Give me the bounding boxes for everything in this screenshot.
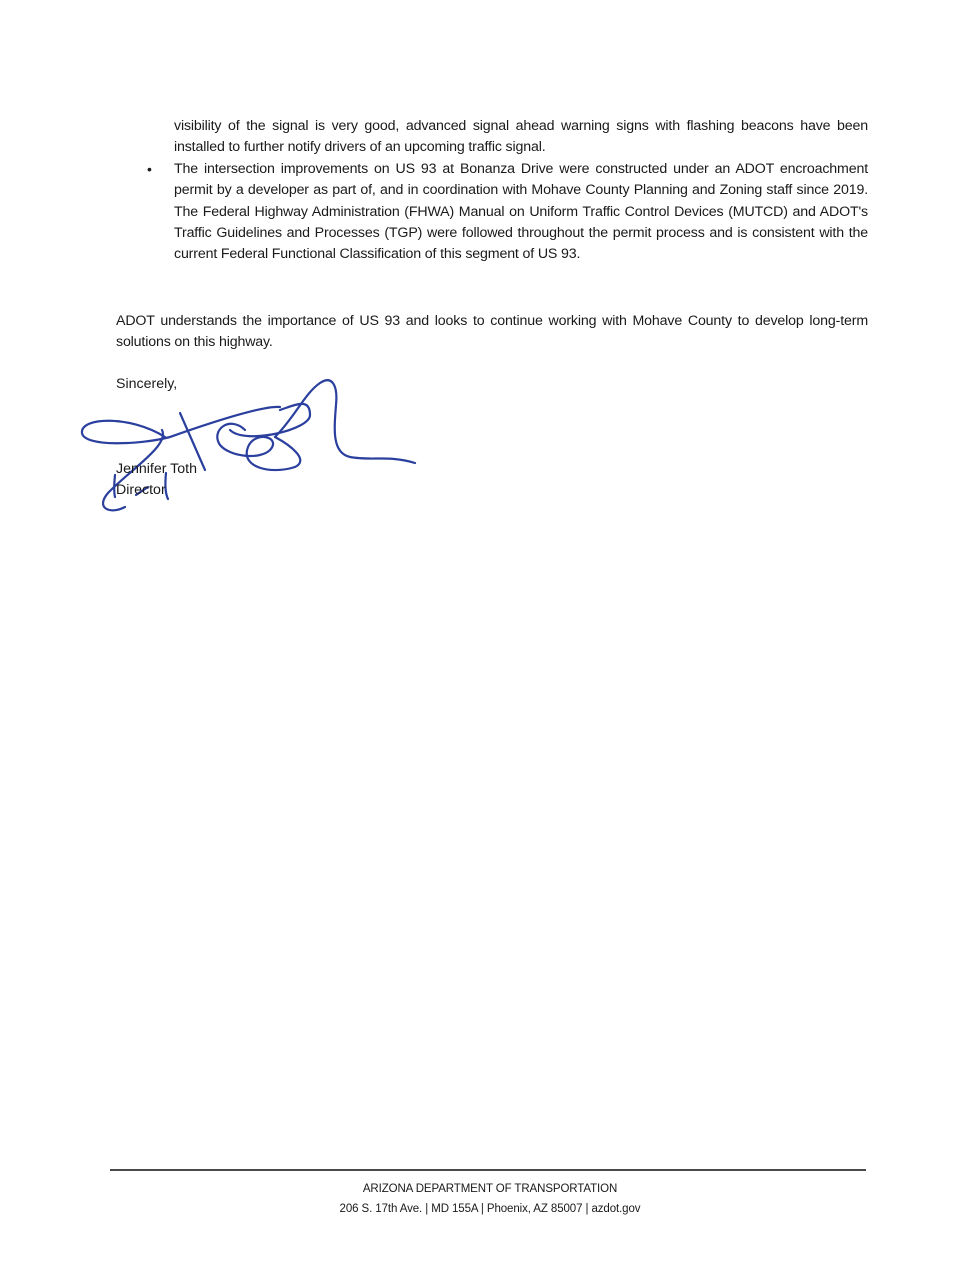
signer-title: Director [116,480,166,501]
letter-page: visibility of the signal is very good, a… [0,0,980,1268]
footer-organization: ARIZONA DEPARTMENT OF TRANSPORTATION [0,1181,980,1197]
continuation-paragraph: visibility of the signal is very good, a… [174,116,868,159]
footer-address: 206 S. 17th Ave. | MD 155A | Phoenix, AZ… [0,1201,980,1217]
bullet-icon: • [147,159,152,180]
closing-paragraph: ADOT understands the importance of US 93… [116,311,868,354]
footer-divider [110,1169,866,1171]
bullet-paragraph: The intersection improvements on US 93 a… [174,159,868,265]
signer-name: Jennifer Toth [116,459,197,480]
